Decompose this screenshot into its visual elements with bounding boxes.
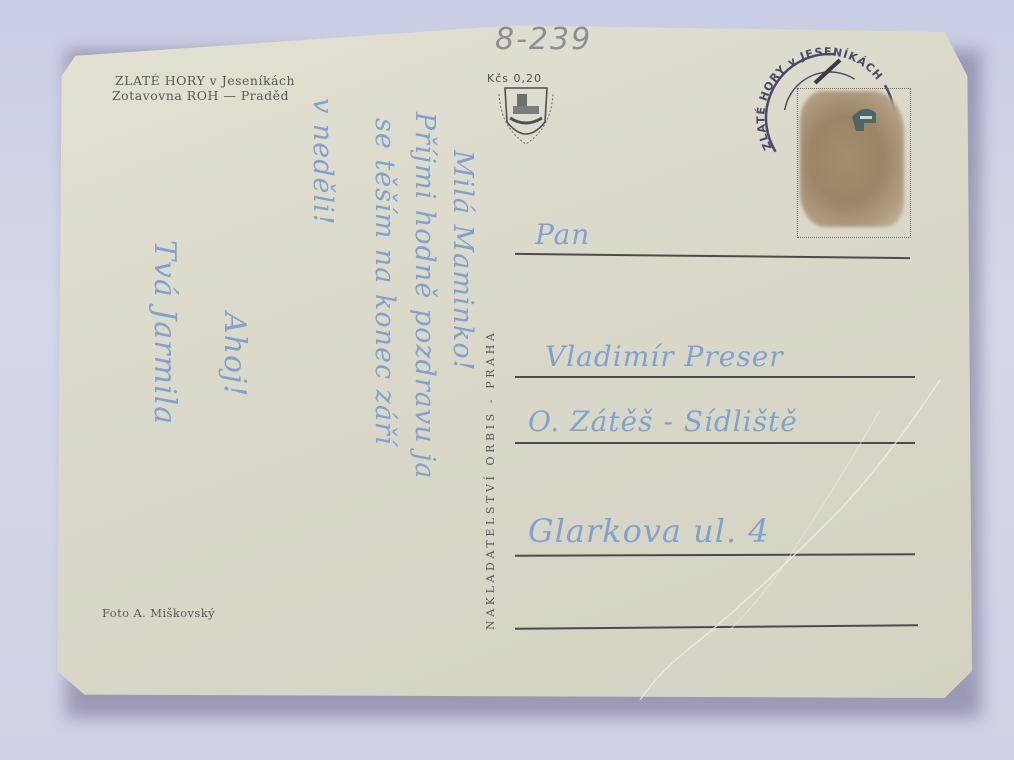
card-crease xyxy=(580,380,960,700)
message-line-3: se těším na konec září xyxy=(369,118,400,446)
message-line-1: Milá Maminko! xyxy=(447,150,478,371)
castle-emblem-icon xyxy=(497,84,555,146)
archive-number: 8-239 xyxy=(495,22,592,57)
message-line-2: Příjmi hodně pozdravu ja xyxy=(409,112,440,480)
caption-line-1: ZLATÉ HORY v Jeseníkách xyxy=(115,73,295,88)
address-rule-2 xyxy=(515,376,915,378)
signature-name: Tvá Jarmila xyxy=(147,240,182,425)
stamp-placeholder xyxy=(797,88,911,238)
caption-line-2: Zotavovna ROH — Praděd xyxy=(112,88,289,103)
signature-greeting: Ahoj! xyxy=(217,312,252,397)
message-line-4: v neděli! xyxy=(307,98,338,226)
address-salutation: Pan xyxy=(535,218,590,251)
postmark-fragment-icon xyxy=(846,103,882,135)
photo-credit: Foto A. Miškovský xyxy=(102,606,215,620)
address-name: Vladimír Preser xyxy=(545,340,784,373)
publisher-imprint: NAKLADATELSTVÍ ORBIS - PRAHA xyxy=(484,330,497,630)
